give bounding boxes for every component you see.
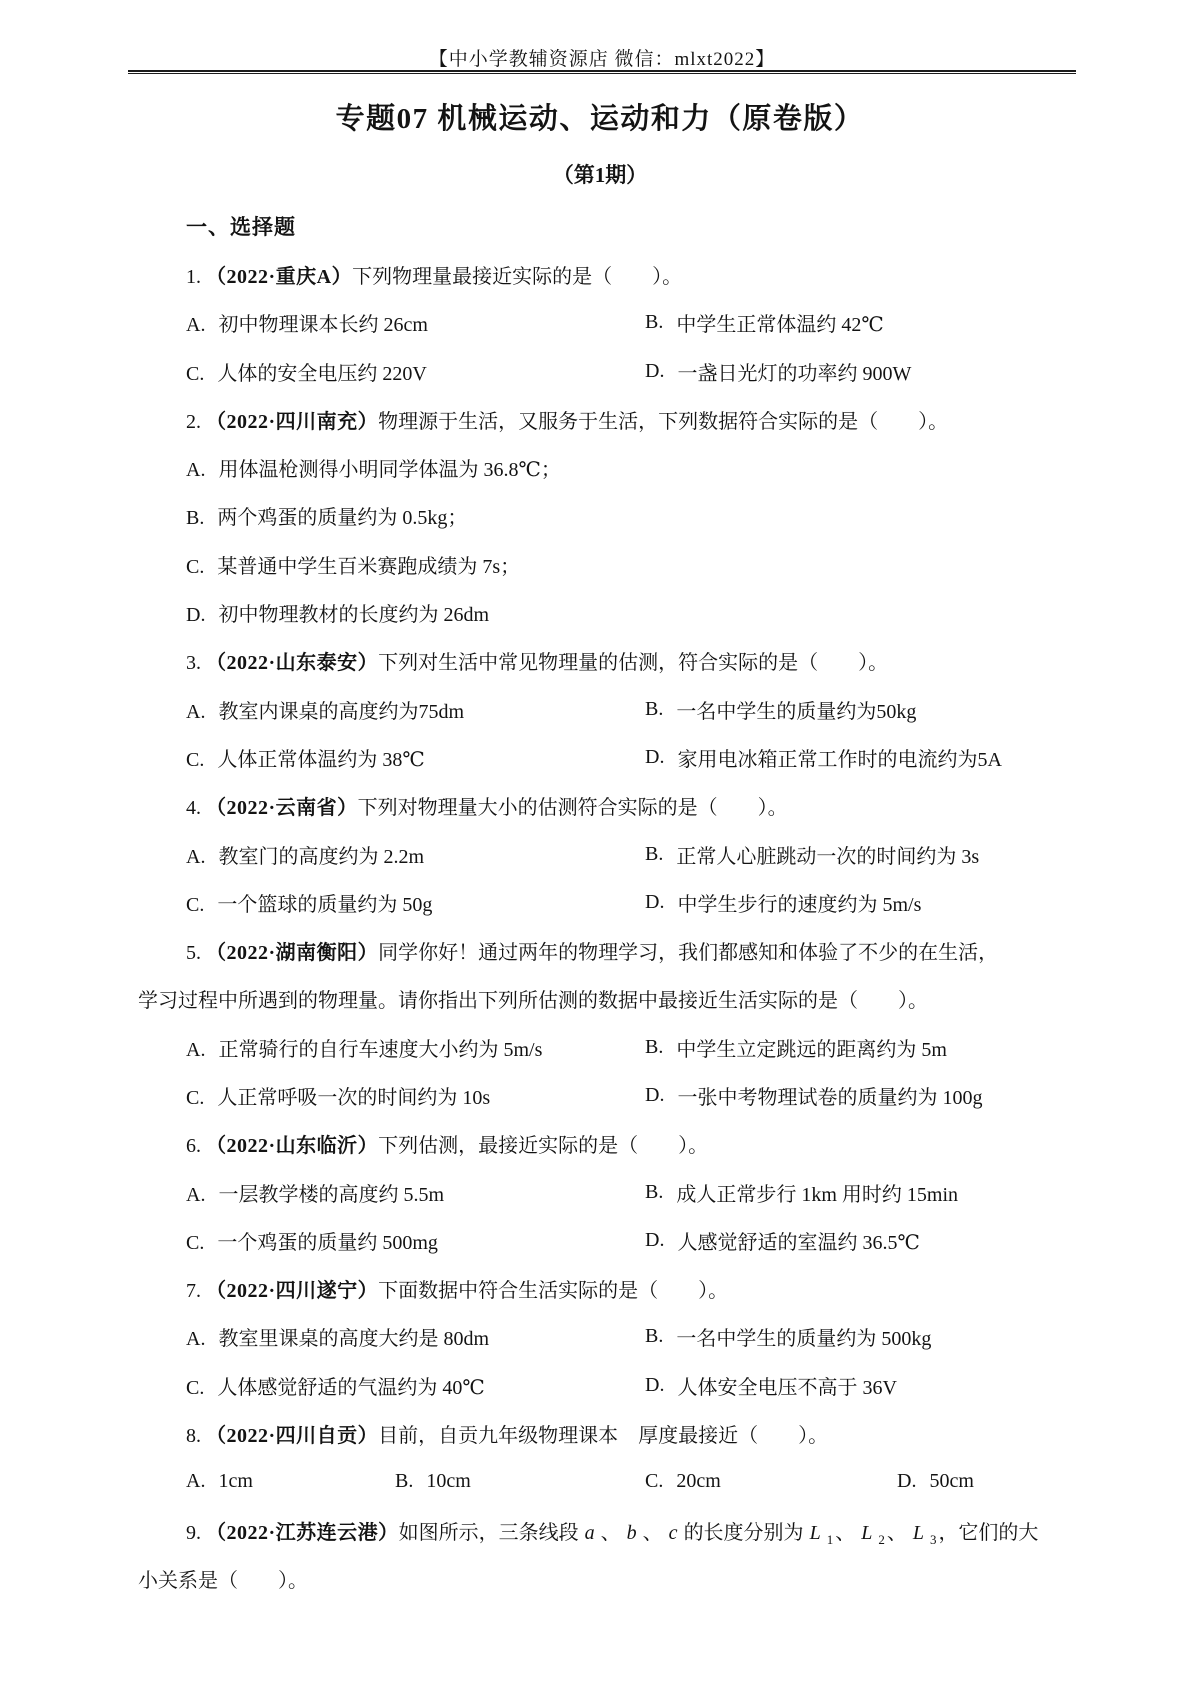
option-c: C.20cm xyxy=(645,1470,721,1493)
option-label: C. xyxy=(645,1470,663,1493)
option-a: A.教室内课桌的高度约为75dm xyxy=(186,695,464,724)
option-label: D. xyxy=(645,1084,664,1107)
option-b: B.两个鸡蛋的质量约为 0.5kg； xyxy=(186,501,467,530)
option-label: D. xyxy=(645,360,664,383)
option-label: A. xyxy=(186,1184,205,1207)
question-citation: （2022·云南省） xyxy=(206,797,358,819)
option-text: 两个鸡蛋的质量约为 0.5kg； xyxy=(217,507,467,529)
option-label: C. xyxy=(186,1232,204,1255)
question-number: 6. xyxy=(186,1135,201,1157)
question-citation: （2022·山东泰安） xyxy=(206,652,378,674)
option-a: A.教室门的高度约为 2.2m xyxy=(186,840,424,869)
question-text-continued: 小关系是（ ）。 xyxy=(138,1564,308,1593)
option-label: D. xyxy=(645,1374,664,1397)
option-a: A.教室里课桌的高度大约是 80dm xyxy=(186,1322,489,1351)
question-5-stem-line1: 5.（2022·湖南衡阳）同学你好！通过两年的物理学习，我们都感知和体验了不少的… xyxy=(138,926,1098,974)
question-text: 物理源于生活，又服务于生活，下列数据符合实际的是（ ）。 xyxy=(378,411,948,433)
option-c: C.一个鸡蛋的质量约 500mg xyxy=(186,1226,438,1255)
question-6-stem: 6.（2022·山东临沂）下列估测，最接近实际的是（ ）。 xyxy=(138,1120,1098,1168)
option-b: B.正常人心脏跳动一次的时间约为 3s xyxy=(645,840,979,869)
option-text: 教室门的高度约为 2.2m xyxy=(218,846,424,868)
question-number: 7. xyxy=(186,1280,201,1302)
option-label: D. xyxy=(645,891,664,914)
option-text: 10cm xyxy=(426,1470,470,1493)
option-c: C.某普通中学生百米赛跑成绩为 7s； xyxy=(186,550,520,579)
question-4-stem: 4.（2022·云南省）下列对物理量大小的估测符合实际的是（ ）。 xyxy=(138,782,1098,830)
option-label: B. xyxy=(395,1470,413,1493)
question-9-stem-line1: 9.（2022·江苏连云港）如图所示，三条线段a、b、c的长度分别为L1、L2、… xyxy=(138,1506,1098,1554)
option-label: B. xyxy=(645,843,663,866)
option-text: 用体温枪测得小明同学体温为 36.8℃； xyxy=(218,459,560,481)
variable-c: c xyxy=(669,1522,678,1544)
option-text: 一层教学楼的高度约 5.5m xyxy=(218,1184,444,1206)
option-d: D.中学生步行的速度约为 5m/s xyxy=(645,888,921,917)
option-d: D.家用电冰箱正常工作时的电流约为5A xyxy=(645,743,1002,772)
worksheet-page: 【中小学教辅资源店 微信：mlxt2022】 专题07 机械运动、运动和力（原卷… xyxy=(0,0,1200,1698)
option-label: B. xyxy=(645,1181,663,1204)
question-text: 的长度分别为 xyxy=(684,1522,804,1544)
option-text: 某普通中学生百米赛跑成绩为 7s； xyxy=(217,556,520,578)
option-label: A. xyxy=(186,314,205,337)
option-b: B.中学生正常体温约 42℃ xyxy=(645,308,884,337)
option-text: 一个鸡蛋的质量约 500mg xyxy=(217,1232,438,1254)
question-6-options-cd: C.一个鸡蛋的质量约 500mg D.人感觉舒适的室温约 36.5℃ xyxy=(138,1216,1098,1264)
option-label: B. xyxy=(186,507,204,530)
option-label: D. xyxy=(645,746,664,769)
question-citation: （2022·江苏连云港） xyxy=(206,1522,399,1544)
question-citation: （2022·山东临沂） xyxy=(206,1135,378,1157)
question-4-options-ab: A.教室门的高度约为 2.2m B.正常人心脏跳动一次的时间约为 3s xyxy=(138,830,1098,878)
question-2-option-b: B.两个鸡蛋的质量约为 0.5kg； xyxy=(138,492,1098,540)
question-5-options-ab: A.正常骑行的自行车速度大小约为 5m/s B.中学生立定跳远的距离约为 5m xyxy=(138,1023,1098,1071)
question-number: 3. xyxy=(186,652,201,674)
variable-a: a xyxy=(585,1522,595,1544)
header-divider-line xyxy=(128,70,1076,74)
section-heading: 一、选择题 xyxy=(186,211,296,241)
question-number: 9. xyxy=(186,1522,201,1544)
option-d: D.初中物理教材的长度约为 26dm xyxy=(186,598,489,627)
option-text: 正常人心脏跳动一次的时间约为 3s xyxy=(676,840,979,869)
option-text: 人正常呼吸一次的时间约为 10s xyxy=(217,1087,490,1109)
question-citation: （2022·湖南衡阳） xyxy=(206,942,378,964)
option-text: 家用电冰箱正常工作时的电流约为5A xyxy=(677,743,1001,772)
option-d: D.人体安全电压不高于 36V xyxy=(645,1371,897,1400)
question-1-options-cd: C.人体的安全电压约 220V D.一盏日光灯的功率约 900W xyxy=(138,347,1098,395)
option-text: 人体感觉舒适的气温约为 40℃ xyxy=(217,1377,484,1399)
option-text: 50cm xyxy=(929,1470,973,1493)
option-b: B.一名中学生的质量约为50kg xyxy=(645,695,916,724)
option-label: C. xyxy=(186,894,204,917)
question-number: 2. xyxy=(186,411,201,433)
question-8-stem: 8.（2022·四川自贡）目前，自贡九年级物理课本 厚度最接近（ ）。 xyxy=(138,1409,1098,1457)
section-heading-row: 一、选择题 xyxy=(138,202,1098,250)
option-text: 人感觉舒适的室温约 36.5℃ xyxy=(677,1226,919,1255)
option-label: D. xyxy=(186,604,205,627)
option-c: C.人体感觉舒适的气温约为 40℃ xyxy=(186,1371,485,1400)
option-text: 人体正常体温约为 38℃ xyxy=(217,749,424,771)
option-label: D. xyxy=(897,1470,916,1493)
option-label: A. xyxy=(186,1039,205,1062)
question-3-options-ab: A.教室内课桌的高度约为75dm B.一名中学生的质量约为50kg xyxy=(138,685,1098,733)
option-text: 一名中学生的质量约为50kg xyxy=(676,695,916,724)
variable-L1: L xyxy=(810,1522,821,1544)
question-2-stem: 2.（2022·四川南充）物理源于生活，又服务于生活，下列数据符合实际的是（ ）… xyxy=(138,395,1098,443)
subscript-1: 1 xyxy=(827,1532,834,1547)
question-citation: （2022·四川南充） xyxy=(206,411,378,433)
option-text: 初中物理课本长约 26cm xyxy=(218,314,427,336)
option-label: C. xyxy=(186,1377,204,1400)
option-d: D.人感觉舒适的室温约 36.5℃ xyxy=(645,1226,920,1255)
question-number: 8. xyxy=(186,1425,201,1447)
option-c: C.一个篮球的质量约为 50g xyxy=(186,888,432,917)
option-label: A. xyxy=(186,459,205,482)
question-4-options-cd: C.一个篮球的质量约为 50g D.中学生步行的速度约为 5m/s xyxy=(138,878,1098,926)
option-c: C.人体的安全电压约 220V xyxy=(186,357,427,386)
option-text: 中学生立定跳远的距离约为 5m xyxy=(676,1033,947,1062)
option-a: A.一层教学楼的高度约 5.5m xyxy=(186,1178,444,1207)
option-d: D.一张中考物理试卷的质量约为 100g xyxy=(645,1081,982,1110)
question-number: 5. xyxy=(186,942,201,964)
question-3-stem: 3.（2022·山东泰安）下列对生活中常见物理量的估测，符合实际的是（ ）。 xyxy=(138,637,1098,685)
option-label: A. xyxy=(186,701,205,724)
option-a: A.用体温枪测得小明同学体温为 36.8℃； xyxy=(186,453,561,482)
question-text: 目前，自贡九年级物理课本 厚度最接近（ ）。 xyxy=(378,1425,828,1447)
option-text: 初中物理教材的长度约为 26dm xyxy=(218,604,489,626)
question-8-options: A.1cm B.10cm C.20cm D.50cm xyxy=(138,1458,1098,1506)
option-b: B.成人正常步行 1km 用时约 15min xyxy=(645,1178,958,1207)
question-5-stem-line2: 学习过程中所遇到的物理量。请你指出下列所估测的数据中最接近生活实际的是（ ）。 xyxy=(138,975,1098,1023)
question-1-options-ab: A.初中物理课本长约 26cm B.中学生正常体温约 42℃ xyxy=(138,299,1098,347)
variable-L2: L xyxy=(861,1522,872,1544)
option-label: B. xyxy=(645,311,663,334)
question-text: 下列对物理量大小的估测符合实际的是（ ）。 xyxy=(358,797,788,819)
option-b: B.一名中学生的质量约为 500kg xyxy=(645,1322,931,1351)
question-citation: （2022·四川自贡） xyxy=(206,1425,378,1447)
option-b: B.中学生立定跳远的距离约为 5m xyxy=(645,1033,947,1062)
option-text: 教室内课桌的高度约为75dm xyxy=(218,701,464,723)
option-text: 正常骑行的自行车速度大小约为 5m/s xyxy=(218,1039,542,1061)
page-subtitle: （第1期） xyxy=(60,159,1140,189)
question-2-option-d: D.初中物理教材的长度约为 26dm xyxy=(138,588,1098,636)
question-text-continued: 学习过程中所遇到的物理量。请你指出下列所估测的数据中最接近生活实际的是（ ）。 xyxy=(138,984,928,1013)
question-number: 1. xyxy=(186,266,201,288)
option-text: 人体安全电压不高于 36V xyxy=(677,1371,896,1400)
option-label: C. xyxy=(186,1087,204,1110)
option-label: C. xyxy=(186,363,204,386)
question-text: 同学你好！通过两年的物理学习，我们都感知和体验了不少的在生活， xyxy=(378,942,998,964)
question-number: 4. xyxy=(186,797,201,819)
option-a: A.正常骑行的自行车速度大小约为 5m/s xyxy=(186,1033,542,1062)
question-5-options-cd: C.人正常呼吸一次的时间约为 10s D.一张中考物理试卷的质量约为 100g xyxy=(138,1071,1098,1119)
question-text: 下列对生活中常见物理量的估测，符合实际的是（ ）。 xyxy=(378,652,888,674)
question-1-stem: 1.（2022·重庆A）下列物理量最接近实际的是（ ）。 xyxy=(138,250,1098,298)
variable-L3: L xyxy=(913,1522,924,1544)
option-c: C.人体正常体温约为 38℃ xyxy=(186,743,425,772)
document-body: 一、选择题 1.（2022·重庆A）下列物理量最接近实际的是（ ）。 A.初中物… xyxy=(138,202,1098,1603)
question-text: 下列物理量最接近实际的是（ ）。 xyxy=(352,266,682,288)
option-label: B. xyxy=(645,698,663,721)
question-3-options-cd: C.人体正常体温约为 38℃ D.家用电冰箱正常工作时的电流约为5A xyxy=(138,733,1098,781)
option-a: A.1cm xyxy=(186,1470,253,1493)
question-7-stem: 7.（2022·四川遂宁）下面数据中符合生活实际的是（ ）。 xyxy=(138,1265,1098,1313)
option-label: A. xyxy=(186,846,205,869)
option-text: 一个篮球的质量约为 50g xyxy=(217,894,432,916)
option-text: 人体的安全电压约 220V xyxy=(217,363,426,385)
option-label: D. xyxy=(645,1229,664,1252)
option-text: 中学生正常体温约 42℃ xyxy=(676,308,883,337)
subscript-2: 2 xyxy=(878,1532,885,1547)
store-notice-header: 【中小学教辅资源店 微信：mlxt2022】 xyxy=(128,44,1076,71)
question-6-options-ab: A.一层教学楼的高度约 5.5m B.成人正常步行 1km 用时约 15min xyxy=(138,1168,1098,1216)
option-d: D.50cm xyxy=(897,1470,974,1493)
option-text: 1cm xyxy=(218,1470,252,1492)
question-2-option-c: C.某普通中学生百米赛跑成绩为 7s； xyxy=(138,540,1098,588)
question-9-stem-line2: 小关系是（ ）。 xyxy=(138,1554,1098,1602)
question-text: 如图所示，三条线段 xyxy=(399,1522,579,1544)
variable-b: b xyxy=(627,1522,637,1544)
option-label: B. xyxy=(645,1036,663,1059)
option-text: 一张中考物理试卷的质量约为 100g xyxy=(677,1081,982,1110)
option-label: C. xyxy=(186,556,204,579)
option-text: 教室里课桌的高度大约是 80dm xyxy=(218,1328,489,1350)
question-citation: （2022·重庆A） xyxy=(206,266,352,288)
option-label: A. xyxy=(186,1470,205,1493)
page-title: 专题07 机械运动、运动和力（原卷版） xyxy=(60,96,1140,137)
option-text: 20cm xyxy=(676,1470,720,1493)
option-label: C. xyxy=(186,749,204,772)
option-text: 一盏日光灯的功率约 900W xyxy=(677,357,911,386)
option-d: D.一盏日光灯的功率约 900W xyxy=(645,357,911,386)
option-label: B. xyxy=(645,1325,663,1348)
question-2-option-a: A.用体温枪测得小明同学体温为 36.8℃； xyxy=(138,443,1098,491)
option-label: A. xyxy=(186,1328,205,1351)
question-7-options-cd: C.人体感觉舒适的气温约为 40℃ D.人体安全电压不高于 36V xyxy=(138,1361,1098,1409)
option-b: B.10cm xyxy=(395,1470,471,1493)
question-citation: （2022·四川遂宁） xyxy=(206,1280,378,1302)
option-text: 成人正常步行 1km 用时约 15min xyxy=(676,1178,958,1207)
question-text: ，它们的大 xyxy=(938,1522,1038,1544)
question-text: 下列估测，最接近实际的是（ ）。 xyxy=(378,1135,708,1157)
option-a: A.初中物理课本长约 26cm xyxy=(186,308,428,337)
question-7-options-ab: A.教室里课桌的高度大约是 80dm B.一名中学生的质量约为 500kg xyxy=(138,1313,1098,1361)
subscript-3: 3 xyxy=(930,1532,937,1547)
option-text: 一名中学生的质量约为 500kg xyxy=(676,1322,931,1351)
question-text: 下面数据中符合生活实际的是（ ）。 xyxy=(378,1280,728,1302)
option-text: 中学生步行的速度约为 5m/s xyxy=(677,888,921,917)
option-c: C.人正常呼吸一次的时间约为 10s xyxy=(186,1081,490,1110)
